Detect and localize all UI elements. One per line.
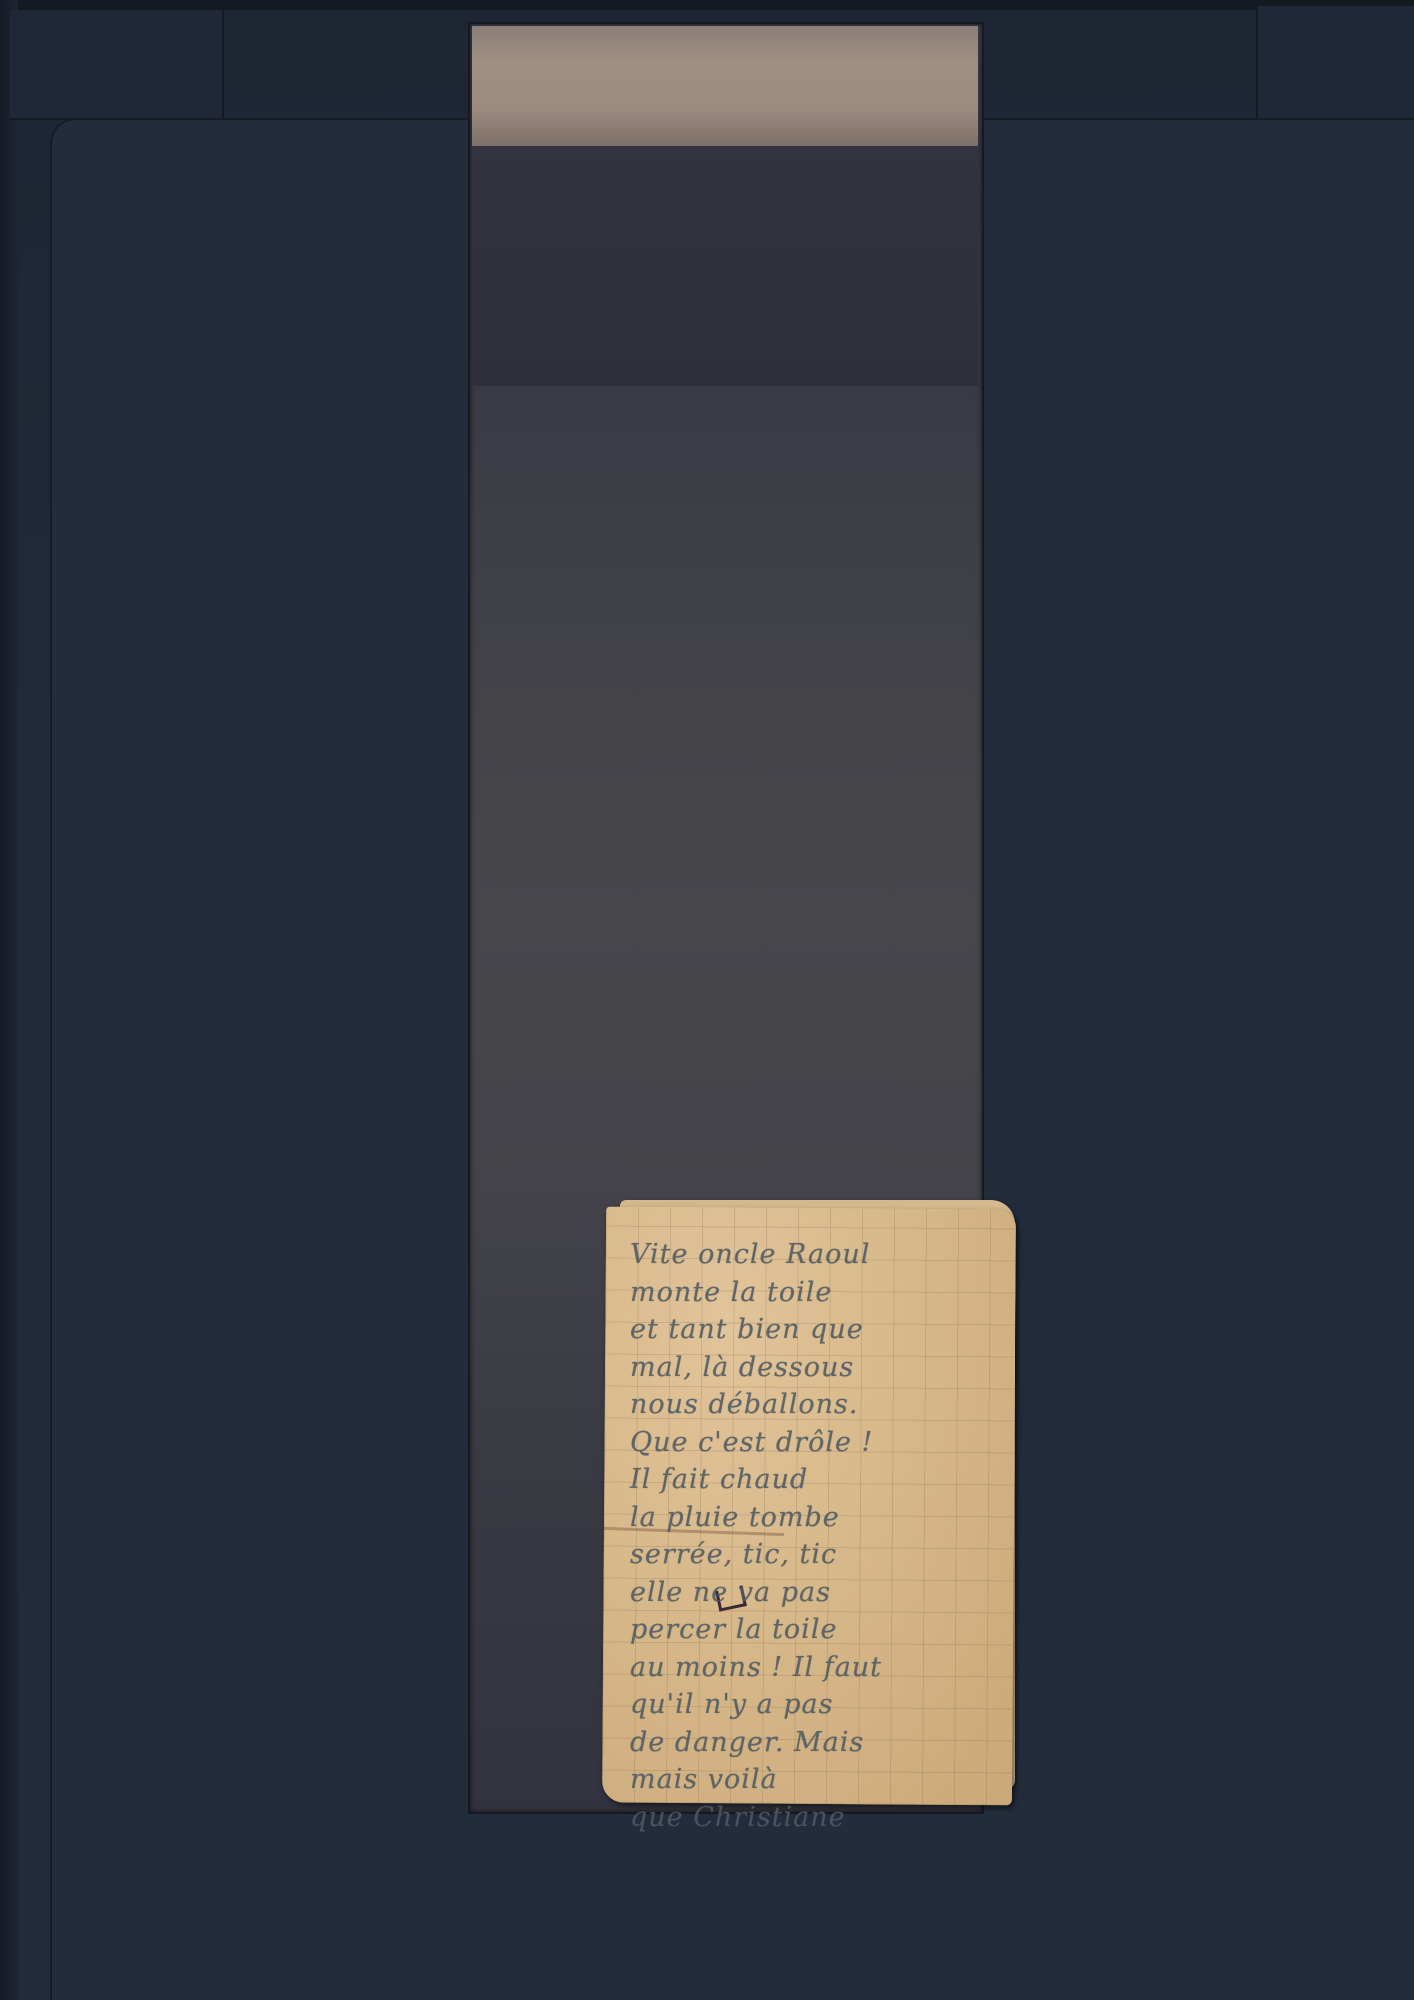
note-line: nous déballons. <box>630 1386 1010 1424</box>
note-line: percer la toile <box>630 1611 1010 1649</box>
note-line: Que c'est drôle ! <box>630 1424 1010 1462</box>
note-line: elle ne va pas <box>630 1574 1010 1612</box>
note-line: monte la toile <box>630 1274 1010 1312</box>
holder-tab-right <box>1256 6 1414 120</box>
note-line: la pluie tombe <box>630 1499 1010 1537</box>
holder-window-top-band <box>472 26 978 146</box>
note-line: qu'il n'y a pas <box>630 1686 1010 1724</box>
note-line: au moins ! Il faut <box>630 1649 1010 1687</box>
handwritten-text-block: Vite oncle Raoul monte la toile et tant … <box>630 1236 1010 1836</box>
note-line: et tant bien que <box>630 1311 1010 1349</box>
scanner-left-edge <box>0 0 18 2000</box>
note-line: serrée, tic, tic <box>630 1536 1010 1574</box>
note-line: que Christiane <box>630 1799 1010 1837</box>
scanner-top-edge <box>0 0 1414 10</box>
note-line: Vite oncle Raoul <box>630 1236 1010 1274</box>
note-line: mal, là dessous <box>630 1349 1010 1387</box>
note-line: de danger. Mais <box>630 1724 1010 1762</box>
note-line: Il fait chaud <box>630 1461 1010 1499</box>
note-line: mais voilà <box>630 1761 1010 1799</box>
holder-window-shade <box>472 146 978 386</box>
holder-tab-left <box>10 10 224 120</box>
